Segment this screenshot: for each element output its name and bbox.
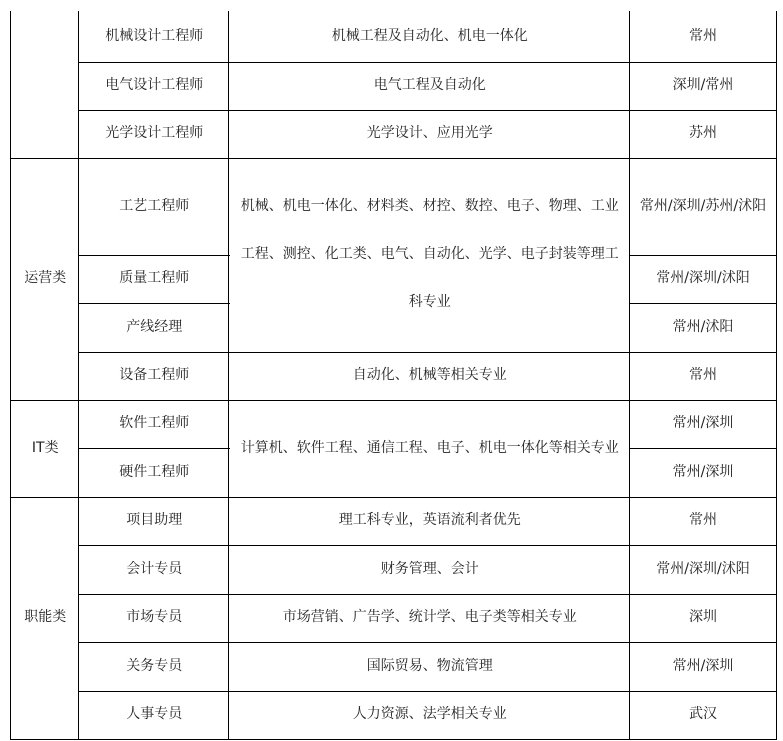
position-cell-text: 关务专员 [126,642,182,690]
position-cell: 设备工程师 [78,351,230,401]
category-cell: 运营类 [10,157,80,401]
major-cell: 国际贸易、物流管理 [228,641,631,692]
major-cell: 理工科专业，英语流利者优先 [228,496,631,546]
location-cell: 武汉 [629,690,777,740]
position-cell: 产线经理 [78,302,230,353]
position-cell-text: 设备工程师 [119,351,189,399]
position-cell-text: 人事专员 [126,690,182,738]
location-cell-text: 常州/深圳 [673,399,734,447]
location-cell-text: 常州/深圳 [673,448,734,496]
position-cell: 软件工程师 [78,399,230,449]
location-cell: 常州/沭阳 [629,302,777,353]
location-cell-text: 常州/深圳/苏州/沭阳 [640,182,766,230]
location-cell: 深圳 [629,593,777,643]
location-cell-text: 常州 [689,12,717,60]
location-cell: 苏州 [629,109,777,159]
major-cell-text: 国际贸易、物流管理 [367,642,493,690]
location-cell: 深圳/常州 [629,61,777,111]
position-cell: 质量工程师 [78,254,230,304]
major-cell-text: 自动化、机械等相关专业 [353,351,507,399]
position-cell-text: 质量工程师 [119,254,189,302]
major-cell-text: 光学设计、应用光学 [367,109,493,157]
location-cell: 常州/深圳/沭阳 [629,544,777,595]
major-cell-text: 电气工程及自动化 [374,61,486,109]
position-cell-text: 项目助理 [126,496,182,544]
category-cell [10,11,80,159]
position-cell-text: 软件工程师 [119,399,189,447]
location-cell-text: 苏州 [689,109,717,157]
location-cell-text: 武汉 [689,690,717,738]
location-cell: 常州/深圳/沭阳 [629,254,777,304]
position-cell: 电气设计工程师 [78,61,230,111]
major-cell-text: 人力资源、法学相关专业 [353,690,507,738]
major-cell-text: 市场营销、广告学、统计学、电子类等相关专业 [283,593,577,641]
major-cell: 计算机、软件工程、通信工程、电子、机电一体化等相关专业 [228,399,631,498]
position-cell: 工艺工程师 [78,157,230,256]
category-cell-text: 职能类 [24,593,66,641]
position-cell: 项目助理 [78,496,230,546]
position-cell: 机械设计工程师 [78,11,230,63]
major-cell: 机械工程及自动化、机电一体化 [228,11,631,63]
position-cell-text: 电气设计工程师 [105,61,203,109]
location-cell-text: 常州 [689,496,717,544]
recruitment-table: 运营类IT类职能类机械设计工程师电气设计工程师光学设计工程师工艺工程师质量工程师… [10,11,777,738]
major-cell: 电气工程及自动化 [228,61,631,111]
major-cell-text: 机械工程及自动化、机电一体化 [332,12,528,60]
position-cell-text: 会计专员 [126,545,182,593]
position-cell: 人事专员 [78,690,230,740]
location-cell-text: 深圳 [689,593,717,641]
location-cell: 常州/深圳 [629,641,777,692]
location-cell: 常州 [629,496,777,546]
position-cell-text: 光学设计工程师 [105,109,203,157]
position-cell-text: 工艺工程师 [119,182,189,230]
location-cell-text: 深圳/常州 [673,61,734,109]
category-cell: IT类 [10,399,80,498]
major-cell-text: 财务管理、会计 [381,545,479,593]
location-cell: 常州/深圳/苏州/沭阳 [629,157,777,256]
major-cell: 市场营销、广告学、统计学、电子类等相关专业 [228,593,631,643]
position-cell: 会计专员 [78,544,230,595]
category-cell-text: 运营类 [24,254,66,302]
major-cell: 光学设计、应用光学 [228,109,631,159]
major-cell-text: 机械、机电一体化、材料类、材控、数控、电子、物理、工业工程、测控、化工类、电气、… [235,182,625,326]
location-cell-text: 常州/深圳/沭阳 [656,254,749,302]
location-cell: 常州 [629,11,777,63]
position-cell-text: 硬件工程师 [119,448,189,496]
position-cell-text: 产线经理 [126,303,182,351]
position-cell-text: 机械设计工程师 [105,12,203,60]
location-cell: 常州/深圳 [629,447,777,498]
position-cell: 市场专员 [78,593,230,643]
major-cell: 财务管理、会计 [228,544,631,595]
location-cell-text: 常州/深圳/沭阳 [656,545,749,593]
major-cell: 自动化、机械等相关专业 [228,351,631,401]
location-cell-text: 常州 [689,351,717,399]
major-cell: 机械、机电一体化、材料类、材控、数控、电子、物理、工业工程、测控、化工类、电气、… [228,157,631,353]
position-cell: 硬件工程师 [78,447,230,498]
category-cell: 职能类 [10,496,80,740]
location-cell: 常州/深圳 [629,399,777,449]
category-cell-text: IT类 [32,424,59,472]
major-cell-text: 理工科专业，英语流利者优先 [339,496,521,544]
major-cell: 人力资源、法学相关专业 [228,690,631,740]
location-cell-text: 常州/深圳 [673,642,734,690]
location-cell: 常州 [629,351,777,401]
location-cell-text: 常州/沭阳 [673,303,734,351]
position-cell-text: 市场专员 [126,593,182,641]
position-cell: 关务专员 [78,641,230,692]
major-cell-text: 计算机、软件工程、通信工程、电子、机电一体化等相关专业 [241,424,619,472]
position-cell: 光学设计工程师 [78,109,230,159]
